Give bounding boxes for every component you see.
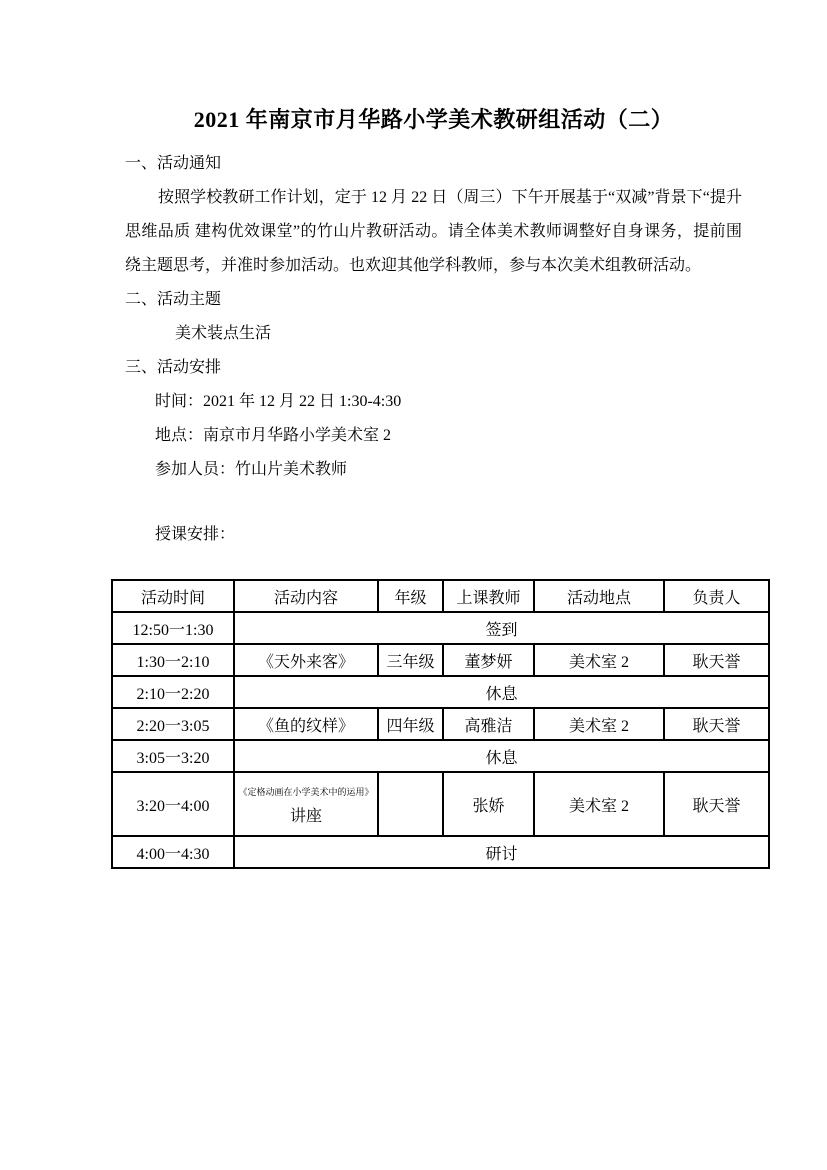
cell-grade	[378, 772, 443, 836]
cell-content: 《天外来客》	[234, 644, 378, 676]
table-row-lecture: 3:20一4:00 《定格动画在小学美术中的运用》 讲座 张娇 美术室 2 耿天…	[112, 772, 769, 836]
section-2-heading: 二、活动主题	[125, 283, 742, 317]
document-page: 2021 年南京市月华路小学美术教研组活动（二） 一、活动通知 按照学校教研工作…	[0, 0, 827, 1170]
cell-merged-break: 休息	[234, 740, 769, 772]
cell-time: 3:05一3:20	[112, 740, 234, 772]
header-grade: 年级	[378, 580, 443, 612]
table-row-lesson-1: 1:30一2:10 《天外来客》 三年级 董梦妍 美术室 2 耿天誉	[112, 644, 769, 676]
header-activity-place: 活动地点	[534, 580, 664, 612]
cell-lead: 耿天誉	[664, 772, 769, 836]
header-lead: 负责人	[664, 580, 769, 612]
cell-lead: 耿天誉	[664, 644, 769, 676]
cell-teacher: 高雅洁	[443, 708, 534, 740]
header-activity-time: 活动时间	[112, 580, 234, 612]
cell-merged-discussion: 研讨	[234, 836, 769, 868]
cell-time: 2:20一3:05	[112, 708, 234, 740]
lecture-title: 《定格动画在小学美术中的运用》	[235, 776, 377, 802]
cell-lead: 耿天誉	[664, 708, 769, 740]
schedule-label: 授课安排：	[125, 518, 742, 552]
cell-time: 12:50一1:30	[112, 612, 234, 644]
schedule-table: 活动时间 活动内容 年级 上课教师 活动地点 负责人 12:50一1:30 签到…	[111, 579, 770, 869]
document-content: 2021 年南京市月华路小学美术教研组活动（二） 一、活动通知 按照学校教研工作…	[125, 106, 742, 869]
section-1-heading: 一、活动通知	[125, 147, 742, 181]
cell-place: 美术室 2	[534, 772, 664, 836]
cell-place: 美术室 2	[534, 708, 664, 740]
lecture-subtitle: 讲座	[235, 802, 377, 832]
cell-merged-break: 休息	[234, 676, 769, 708]
table-row-lesson-2: 2:20一3:05 《鱼的纹样》 四年级 高雅洁 美术室 2 耿天誉	[112, 708, 769, 740]
cell-time: 1:30一2:10	[112, 644, 234, 676]
cell-time: 4:00一4:30	[112, 836, 234, 868]
cell-teacher: 张娇	[443, 772, 534, 836]
cell-teacher: 董梦妍	[443, 644, 534, 676]
time-line: 时间：2021 年 12 月 22 日 1:30-4:30	[125, 385, 742, 419]
cell-merged-signin: 签到	[234, 612, 769, 644]
cell-content: 《定格动画在小学美术中的运用》 讲座	[234, 772, 378, 836]
cell-grade: 三年级	[378, 644, 443, 676]
table-row-break-2: 3:05一3:20 休息	[112, 740, 769, 772]
header-teacher: 上课教师	[443, 580, 534, 612]
place-line: 地点：南京市月华路小学美术室 2	[125, 419, 742, 453]
section-3-heading: 三、活动安排	[125, 351, 742, 385]
table-header-row: 活动时间 活动内容 年级 上课教师 活动地点 负责人	[112, 580, 769, 612]
document-title: 2021 年南京市月华路小学美术教研组活动（二）	[125, 106, 742, 134]
table-row-signin: 12:50一1:30 签到	[112, 612, 769, 644]
section-1-paragraph: 按照学校教研工作计划，定于 12 月 22 日（周三）下午开展基于“双减”背景下…	[125, 181, 742, 283]
cell-grade: 四年级	[378, 708, 443, 740]
participants-line: 参加人员：竹山片美术教师	[125, 453, 742, 487]
table-row-break-1: 2:10一2:20 休息	[112, 676, 769, 708]
header-activity-content: 活动内容	[234, 580, 378, 612]
cell-content: 《鱼的纹样》	[234, 708, 378, 740]
cell-place: 美术室 2	[534, 644, 664, 676]
cell-time: 3:20一4:00	[112, 772, 234, 836]
table-row-discussion: 4:00一4:30 研讨	[112, 836, 769, 868]
activity-theme: 美术装点生活	[125, 317, 742, 351]
cell-time: 2:10一2:20	[112, 676, 234, 708]
